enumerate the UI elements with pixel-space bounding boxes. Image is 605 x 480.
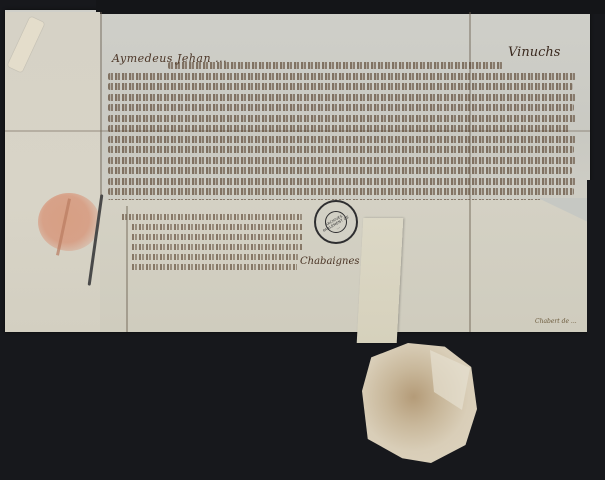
text-line — [168, 62, 503, 69]
text-line — [108, 136, 576, 143]
text-line — [108, 83, 573, 90]
text-line — [132, 244, 302, 250]
fold-crease — [469, 200, 471, 332]
text-line — [122, 214, 302, 220]
text-line — [132, 234, 302, 240]
sub-text-block — [122, 210, 307, 270]
text-line — [108, 157, 576, 164]
seal-strip — [357, 218, 404, 343]
signature: Chabaignes — [300, 256, 360, 267]
text-line — [108, 73, 576, 80]
text-line — [108, 94, 576, 101]
text-line — [108, 104, 574, 111]
text-line — [108, 146, 574, 153]
text-line — [108, 188, 574, 195]
text-line — [108, 115, 576, 122]
background-band — [96, 0, 605, 14]
text-line — [108, 125, 570, 132]
text-line — [132, 224, 302, 230]
background-edge — [587, 180, 605, 340]
text-line — [132, 254, 300, 260]
archival-note: Chabert de ... — [535, 318, 577, 325]
text-line — [108, 167, 572, 174]
text-line — [132, 264, 297, 270]
text-line — [108, 178, 576, 185]
archive-stamp: ARCHIVES PARLEMENT DE ... — [314, 200, 358, 244]
